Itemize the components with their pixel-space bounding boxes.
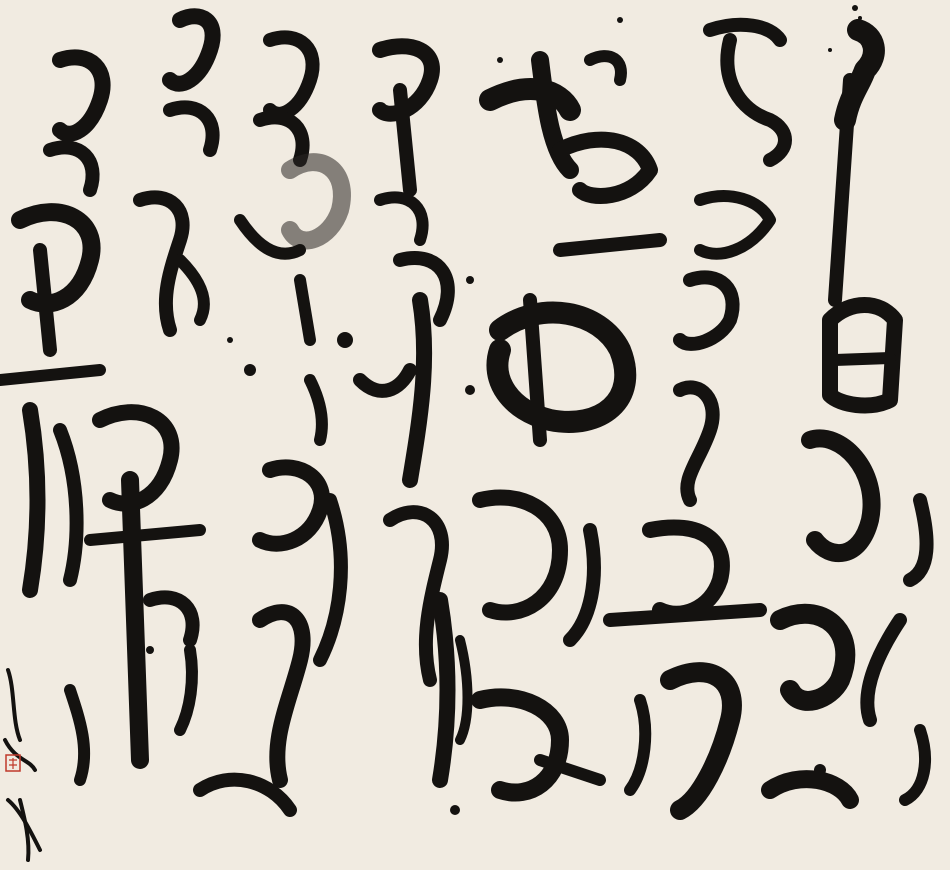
column-7 (0, 57, 103, 780)
column-1 (770, 30, 927, 800)
column-4 (360, 46, 475, 815)
calligraphy-strokes (0, 0, 950, 870)
column-3 (480, 56, 660, 792)
column-5 (200, 37, 353, 810)
calligraphy-artwork: cursive-script-calligraphy (0, 0, 950, 870)
